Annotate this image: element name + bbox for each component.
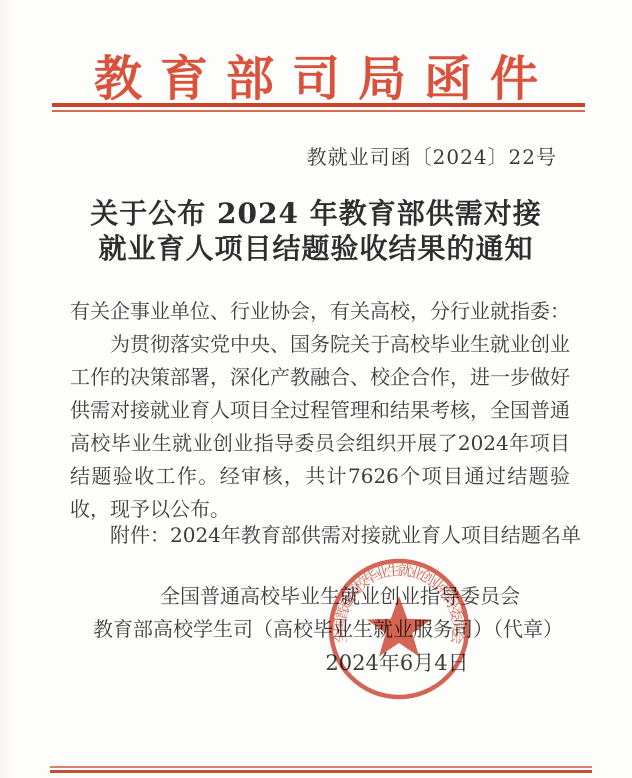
salutation-line: 有关企事业单位、行业协会，有关高校，分行业就指委： [70,295,570,328]
notice-title-line1: 关于公布 2024 年教育部供需对接 [0,196,632,231]
attachment-line: 附件：2024年教育部供需对接就业育人项目结题名单 [70,520,590,550]
letter-body: 有关企事业单位、行业协会，有关高校，分行业就指委： 为贯彻落实党中央、国务院关于… [70,295,570,526]
footer-separator-line [50,766,592,773]
notice-title: 关于公布 2024 年教育部供需对接 就业育人项目结题验收结果的通知 [0,196,632,266]
signature-date: 2024年6月4日 [325,647,468,677]
signature-organization: 全国普通高校毕业生就业创业指导委员会 [160,580,520,609]
signature-department: 教育部高校学生司（高校毕业生就业服务司）（代章） [93,613,563,642]
header-separator-line [52,103,585,112]
body-paragraph: 为贯彻落实党中央、国务院关于高校毕业生就业创业工作的决策部署，深化产教融合、校企… [70,328,570,526]
scanned-letter-page: 教育部司局函件 教就业司函〔2024〕22号 关于公布 2024 年教育部供需对… [0,0,632,778]
notice-title-line2: 就业育人项目结题验收结果的通知 [0,231,632,266]
document-number: 教就业司函〔2024〕22号 [307,141,557,170]
letterhead-title: 教育部司局函件 [0,40,632,109]
